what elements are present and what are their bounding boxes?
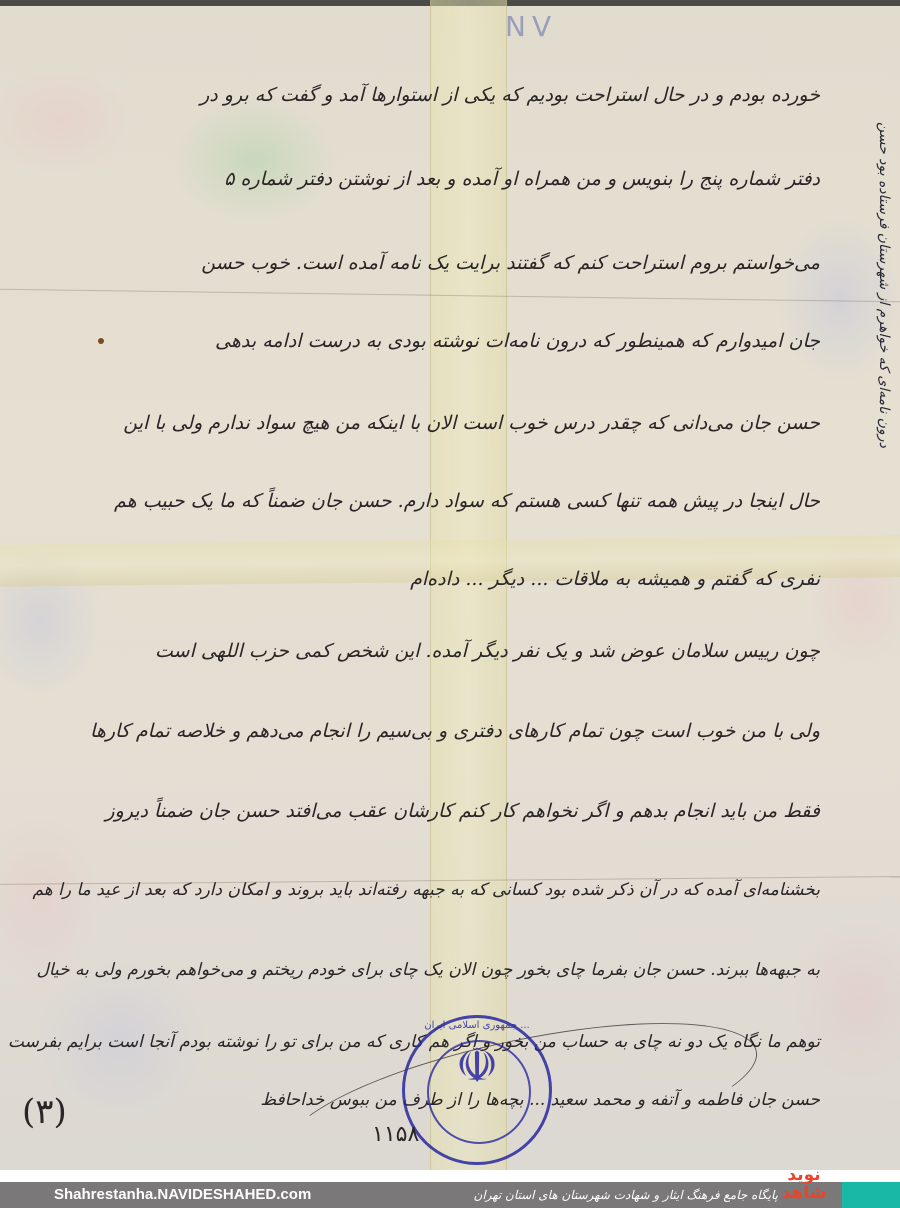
navideshahed-logo[interactable]: نوید شاهد bbox=[772, 1166, 836, 1208]
letter-line: چون رییس سلامان عوض شد و یک نفر دیگر آمد… bbox=[155, 640, 820, 662]
letter-line: بخشنامه‌ای آمده که در آن ذکر شده بود کسا… bbox=[32, 880, 820, 900]
letter-line: حسن جان می‌دانی که چقدر درس خوب است الان… bbox=[123, 412, 820, 434]
letter-line: فقط من باید انجام بدهم و اگر نخواهم کار … bbox=[105, 800, 820, 822]
official-stamp: ... جمهوری اسلامی ایران ☫ bbox=[402, 1015, 552, 1165]
letter-line: ولی با من خوب است چون تمام کارهای دفتری … bbox=[90, 720, 820, 742]
reference-number: NV bbox=[505, 10, 557, 43]
footer-accent-block bbox=[842, 1182, 900, 1208]
letter-line: به جبهه‌ها ببرند. حسن جان بفرما چای بخور… bbox=[36, 960, 820, 980]
ink-dot bbox=[98, 338, 104, 344]
margin-note: درون نامه‌ای که خواهرم از شهرستان فرستاد… bbox=[852, 28, 892, 448]
letter-line: جان امیدوارم که همینطور که درون نامه‌ات … bbox=[215, 330, 820, 352]
page-number: (۳) bbox=[22, 1092, 67, 1132]
stamp-text: ... جمهوری اسلامی ایران bbox=[405, 1020, 549, 1031]
footer-spacer bbox=[0, 1170, 900, 1182]
scanned-letter: NV درون نامه‌ای که خواهرم از شهرستان فرس… bbox=[0, 0, 900, 1170]
letter-line: دفتر شماره پنج را بنویس و من همراه او آم… bbox=[224, 168, 820, 190]
signature-number: ۱۱۵۸ bbox=[372, 1122, 419, 1147]
emblem-icon: ☫ bbox=[405, 1036, 549, 1096]
letter-line: حال اینجا در پیش همه تنها کسی هستم که سو… bbox=[114, 490, 820, 512]
letter-line: خورده بودم و در حال استراحت بودیم که یکی… bbox=[200, 84, 820, 106]
letter-line: نفری که گفتم و همیشه به ملاقات ... دیگر … bbox=[410, 568, 820, 590]
footer-site-link[interactable]: Shahrestanha.NAVIDESHAHED.com bbox=[54, 1184, 311, 1206]
footer-tagline: پایگاه جامع فرهنگ ایثار و شهادت شهرستان … bbox=[474, 1184, 778, 1206]
letter-line: می‌خواستم بروم استراحت کنم که گفتند برای… bbox=[201, 252, 820, 274]
